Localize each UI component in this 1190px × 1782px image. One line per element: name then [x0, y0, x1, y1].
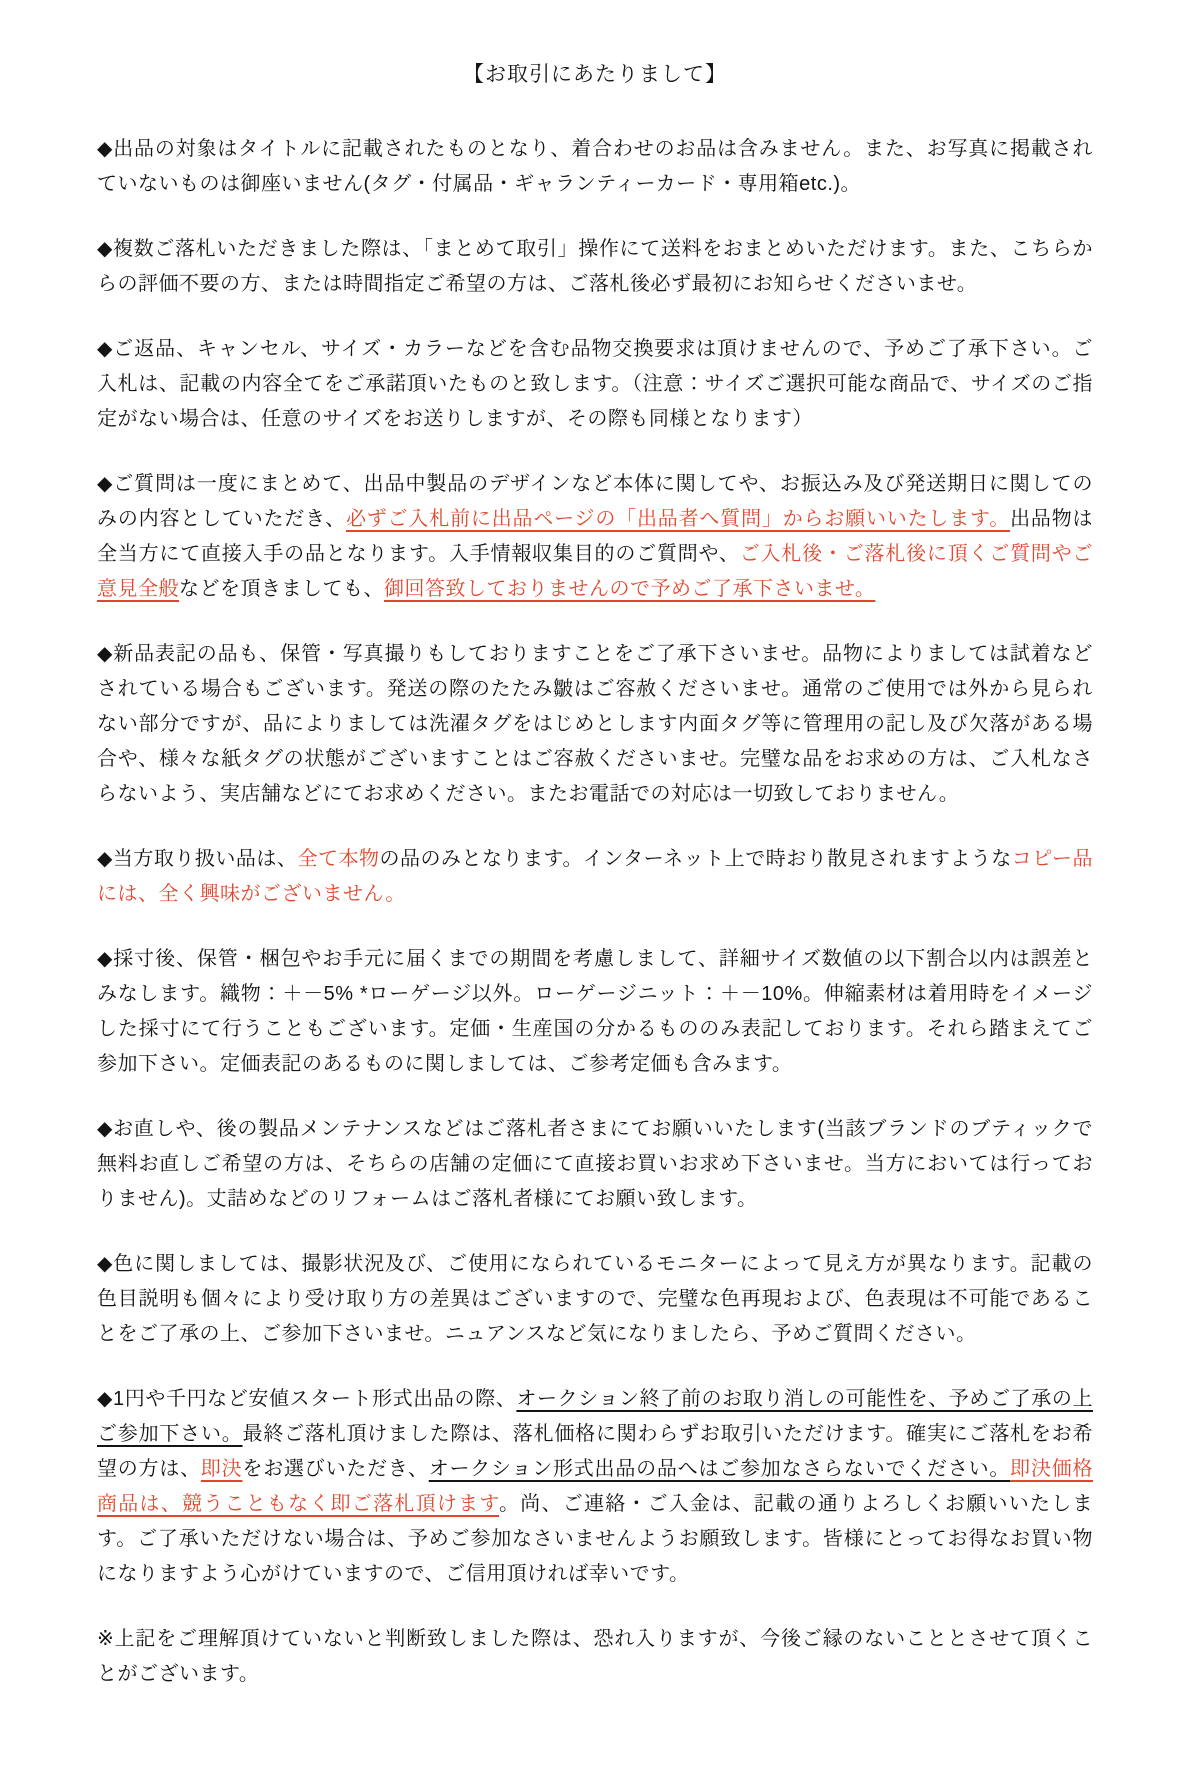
text-segment: ◆採寸後、保管・梱包やお手元に届くまでの期間を考慮しまして、詳細サイズ数値の以下… — [97, 948, 1093, 1075]
paragraph: ◆採寸後、保管・梱包やお手元に届くまでの期間を考慮しまして、詳細サイズ数値の以下… — [97, 942, 1093, 1082]
paragraph: ◆お直しや、後の製品メンテナンスなどはご落札者さまにてお願いいたします(当該ブラ… — [97, 1112, 1093, 1217]
text-segment: オークション形式出品の品へはご参加なさらないでください。 — [429, 1458, 1010, 1480]
text-segment: ◆ご返品、キャンセル、サイズ・カラーなどを含む品物交換要求は頂けませんので、予め… — [97, 338, 1093, 430]
paragraph: ◆出品の対象はタイトルに記載されたものとなり、着合わせのお品は含みません。また、… — [97, 132, 1093, 202]
text-segment: ◆複数ご落札いただきました際は、「まとめて取引」操作にて送料をおまとめいただけま… — [97, 238, 1093, 295]
text-segment: ◆色に関しましては、撮影状況及び、ご使用になられているモニターによって見え方が異… — [97, 1253, 1093, 1345]
paragraph: ◆1円や千円など安値スタート形式出品の際、オークション終了前のお取り消しの可能性… — [97, 1382, 1093, 1592]
text-segment: ◆新品表記の品も、保管・写真撮りもしておりますことをご了承下さいませ。品物により… — [97, 643, 1093, 805]
paragraph: ◆ご返品、キャンセル、サイズ・カラーなどを含む品物交換要求は頂けませんので、予め… — [97, 332, 1093, 437]
paragraph: ※上記をご理解頂けていないと判断致しました際は、恐れ入りますが、今後ご縁のないこ… — [97, 1622, 1093, 1692]
text-segment: などを頂きましても、 — [179, 578, 384, 600]
document-page: 【お取引にあたりまして】 ◆出品の対象はタイトルに記載されたものとなり、着合わせ… — [0, 0, 1190, 1782]
paragraph: ◆当方取り扱い品は、全て本物の品のみとなります。インターネット上で時おり散見され… — [97, 842, 1093, 912]
paragraph: ◆色に関しましては、撮影状況及び、ご使用になられているモニターによって見え方が異… — [97, 1247, 1093, 1352]
text-segment: 必ずご入札前に出品ページの「出品者へ質問」からお願いいたします。 — [346, 508, 1010, 530]
page-title: 【お取引にあたりまして】 — [97, 58, 1093, 88]
paragraph: ◆複数ご落札いただきました際は、「まとめて取引」操作にて送料をおまとめいただけま… — [97, 232, 1093, 302]
text-segment: ◆1円や千円など安値スタート形式出品の際、 — [97, 1388, 516, 1410]
text-segment: ご入札後・ご落札後に頂くご質問やご — [740, 543, 1093, 565]
paragraph: ◆ご質問は一度にまとめて、出品中製品のデザインなど本体に関してや、お振込み及び発… — [97, 467, 1093, 607]
text-segment: ◆お直しや、後の製品メンテナンスなどはご落札者さまにてお願いいたします(当該ブラ… — [97, 1118, 1093, 1210]
document-body: ◆出品の対象はタイトルに記載されたものとなり、着合わせのお品は含みません。また、… — [97, 132, 1093, 1692]
text-segment: 意見全般 — [97, 578, 179, 600]
text-segment: 即決 — [201, 1458, 243, 1480]
text-segment: 全て本物 — [297, 848, 379, 870]
paragraph: ◆新品表記の品も、保管・写真撮りもしておりますことをご了承下さいませ。品物により… — [97, 637, 1093, 812]
text-segment: の品のみとなります。インターネット上で時おり散見されますような — [379, 848, 1011, 870]
text-segment: をお選びいただき、 — [242, 1458, 428, 1480]
text-segment: ※上記をご理解頂けていないと判断致しました際は、恐れ入りますが、今後ご縁のないこ… — [97, 1628, 1093, 1685]
text-segment: ◆当方取り扱い品は、 — [97, 848, 297, 870]
text-segment: 御回答致しておりませんので予めご了承下さいませ。 — [384, 578, 875, 600]
text-segment: ◆出品の対象はタイトルに記載されたものとなり、着合わせのお品は含みません。また、… — [97, 138, 1093, 195]
